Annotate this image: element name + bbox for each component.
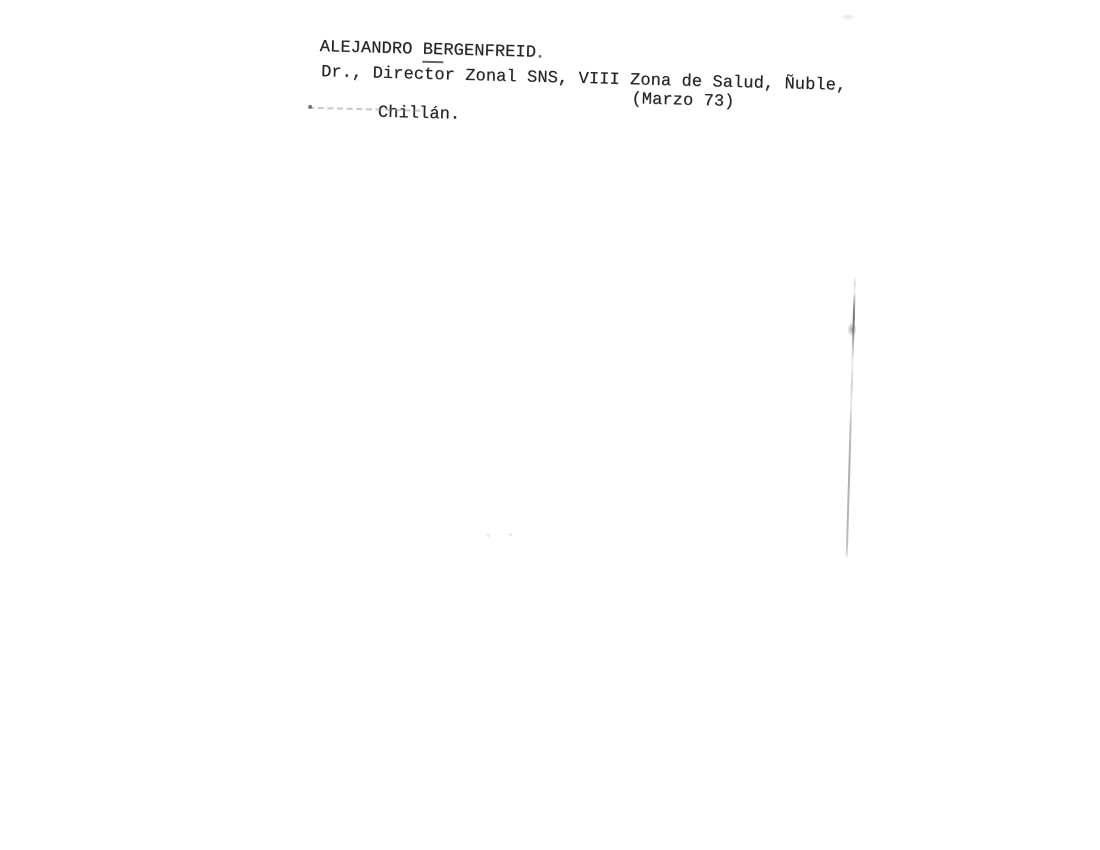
name-line-pre: ALEJANDRO [319, 38, 422, 60]
ink-dot-artifact [539, 55, 542, 58]
scanned-document-page: ALEJANDRO BERGENFREID Dr., Director Zona… [0, 0, 1100, 850]
name-line: ALEJANDRO BERGENFREID [319, 38, 536, 64]
place-date-line: Chillán. (Marzo 73) [315, 82, 917, 178]
scratch-blob-artifact [846, 320, 858, 339]
surname-underlined-letters: BE [422, 41, 443, 64]
typed-text-block: ALEJANDRO BERGENFREID Dr., Director Zona… [315, 36, 937, 152]
place-text: Chillán. [378, 104, 461, 125]
paper-speck [487, 534, 490, 537]
date-text: (Marzo 73) [631, 90, 735, 113]
paper-speck [509, 533, 512, 536]
name-line-post: RGENFREID [443, 41, 536, 62]
corner-smudge-artifact [838, 12, 858, 22]
